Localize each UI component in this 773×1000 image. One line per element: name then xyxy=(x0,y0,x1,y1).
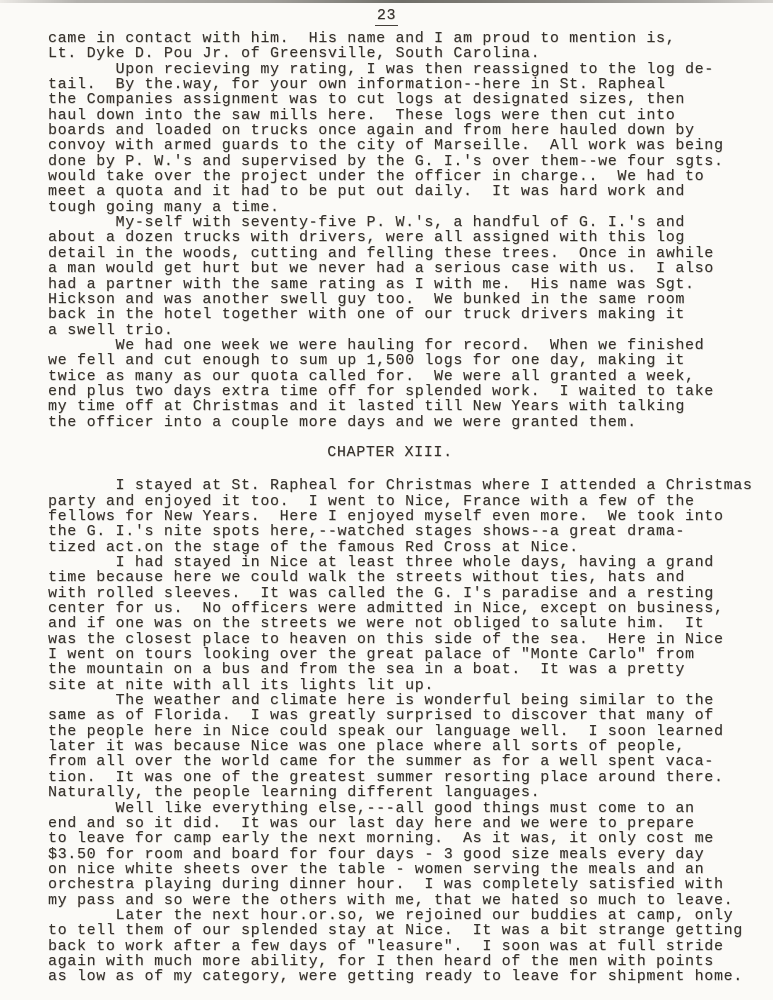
paragraph-5: I stayed at St. Rapheal for Christmas wh… xyxy=(48,478,732,555)
paragraph-2: Upon recieving my rating, I was then rea… xyxy=(48,62,732,215)
scan-edge-artifact xyxy=(0,0,773,3)
document-page: 23 came in contact with him. His name an… xyxy=(0,0,773,1000)
paragraph-8: Well like everything else,---all good th… xyxy=(48,801,732,908)
paragraph-3: My-self with seventy-five P. W.'s, a han… xyxy=(48,215,732,338)
paragraph-6: I had stayed in Nice at least three whol… xyxy=(48,555,732,693)
page-number: 23 xyxy=(0,7,773,26)
text-block: came in contact with him. His name and I… xyxy=(48,31,732,985)
chapter-heading: CHAPTER XIII. xyxy=(48,445,732,460)
paragraph-4: We had one week we were hauling for reco… xyxy=(48,338,732,430)
paragraph-7: The weather and climate here is wonderfu… xyxy=(48,693,732,800)
page-number-value: 23 xyxy=(375,7,398,26)
paragraph-1: came in contact with him. His name and I… xyxy=(48,31,732,62)
paragraph-9: Later the next hour.or.so, we rejoined o… xyxy=(48,908,732,985)
